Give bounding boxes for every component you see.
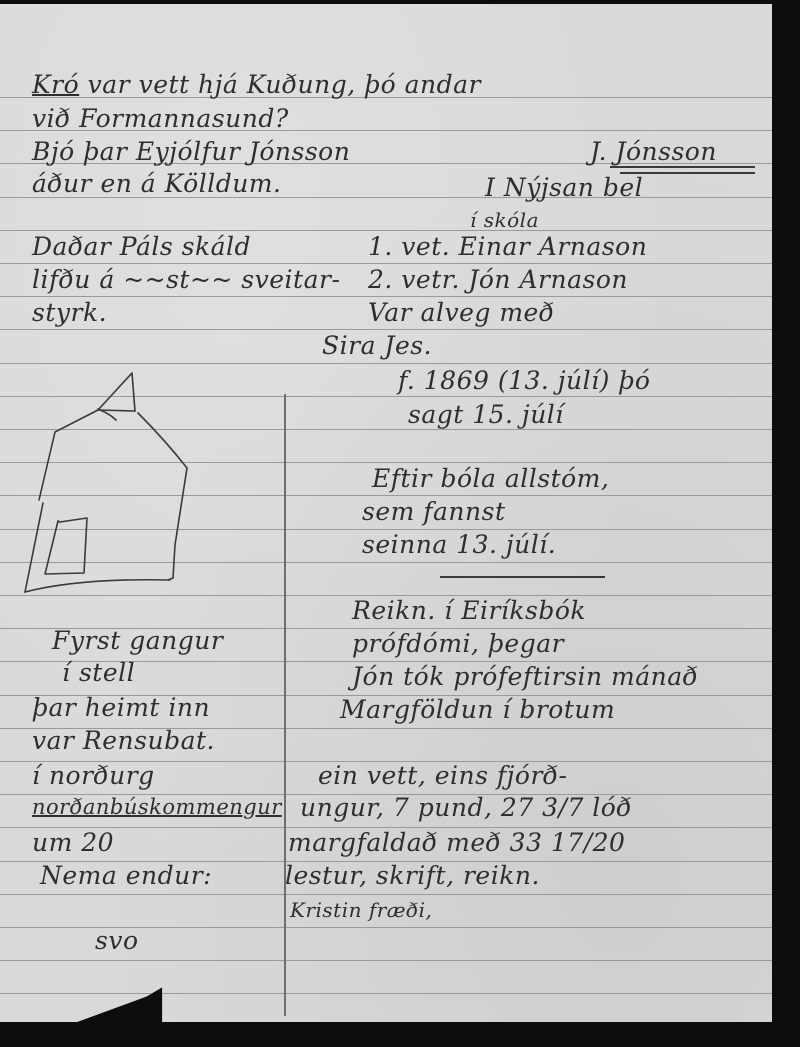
school-list-1: 1. vet. Einar Arnason (368, 230, 647, 263)
left-block1-line3: styrk. (32, 296, 107, 329)
reikn-line-4: Margföldun í brotum (340, 693, 615, 726)
left-block2-line6: norðanbúskommengur (32, 791, 282, 824)
reikn-line-1: Reikn. í Eiríksbók (352, 594, 586, 627)
left-block2-line2: í stell (62, 656, 135, 689)
line-3-right: J. Jónsson (590, 135, 717, 168)
line-3-left: Bjó þar Eyjólfur Jónsson (32, 135, 350, 168)
separator-line (440, 576, 605, 578)
after-line-3: seinna 13. júlí. (362, 528, 556, 561)
left-block2-line8: Nema endur: (40, 859, 212, 892)
left-block2-line9: svo (95, 924, 139, 957)
line-2: við Formannasund? (32, 102, 289, 135)
school-list-3: Var alveg með (368, 296, 554, 329)
left-block2-line3: þar heimt inn (32, 691, 210, 724)
left-block2-line1: Fyrst gangur (52, 624, 223, 657)
after-line-1: Eftir bóla allstóm, (372, 462, 609, 495)
bottom-line-2: ungur, 7 pund, 27 3/7 lóð (300, 791, 632, 824)
line-1-text: var vett hjá Kuðung, þó andar (88, 70, 481, 99)
date-line-1: f. 1869 (13. júlí) þó (398, 364, 650, 397)
paper-sheet: Kró var vett hjá Kuðung, þó andar við Fo… (0, 4, 772, 1022)
line-4-right: I Nýjsan bel (485, 171, 643, 204)
after-line-2: sem fannst (362, 495, 506, 528)
left-block2-line7: um 20 (32, 826, 114, 859)
left-block2-line4: var Rensubat. (32, 724, 215, 757)
bottom-line-1: ein vett, eins fjórð- (318, 759, 567, 792)
date-line-2: sagt 15. júlí (408, 398, 564, 431)
reikn-line-2: prófdómi, þegar (352, 627, 564, 660)
underlined-word: Kró (32, 70, 79, 99)
left-block2-line5: í norðurg (32, 759, 155, 792)
school-list-4: Sira Jes. (322, 329, 432, 362)
bottom-line-4: lestur, skrift, reikn. (285, 859, 540, 892)
left-block1-line1: Daðar Páls skáld (32, 230, 251, 263)
left-block1-line2: lifðu á ~~st~~ sveitar- (32, 263, 340, 296)
underline-mark (610, 166, 755, 168)
bottom-line-3: margfaldað með 33 17/20 (288, 826, 625, 859)
school-list-2: 2. vetr. Jón Arnason (368, 263, 628, 296)
reikn-line-3: Jón tók prófeftirsin mánað (352, 660, 698, 693)
line-1: Kró var vett hjá Kuðung, þó andar (32, 68, 481, 101)
line-4-left: áður en á Kölldum. (32, 167, 281, 200)
bottom-line-5: Kristin fræði, (290, 894, 432, 927)
